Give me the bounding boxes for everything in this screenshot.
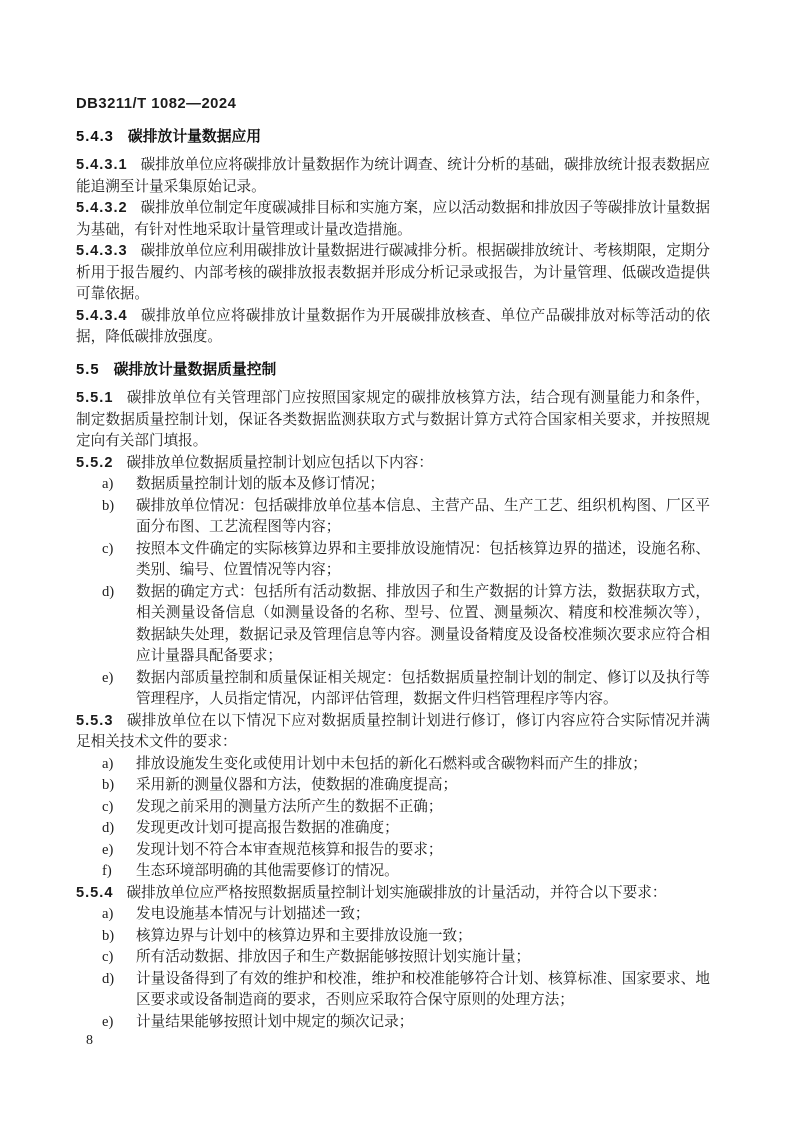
list-item-letter: e) — [102, 1012, 136, 1034]
list-item: a)排放设施发生变化或使用计划中未包括的新化石燃料或含碳物料而产生的排放； — [76, 754, 710, 776]
document-body: 5.4.3碳排放计量数据应用5.4.3.1碳排放单位应将碳排放计量数据作为统计调… — [76, 127, 710, 1034]
list-item-letter: b) — [102, 926, 136, 948]
list-item-text: 数据质量控制计划的版本及修订情况； — [136, 474, 710, 496]
document-page: { "meta": { "doc_code": "DB3211/T 1082—2… — [0, 0, 794, 1123]
clause-paragraph: 5.4.3.4碳排放单位应将碳排放计量数据作为开展碳排放核查、单位产品碳排放对标… — [76, 306, 710, 349]
clause-number: 5.4.3.1 — [76, 157, 128, 173]
list-item-letter: a) — [102, 754, 136, 776]
clause-text: 碳排放单位应将碳排放计量数据作为开展碳排放核查、单位产品碳排放对标等活动的依据，… — [76, 308, 710, 346]
list-item-text: 数据内部质量控制和质量保证相关规定：包括数据质量控制计划的制定、修订以及执行等管… — [136, 668, 710, 711]
list-item: e)计量结果能够按照计划中规定的频次记录； — [76, 1012, 710, 1034]
list-item-letter: a) — [102, 474, 136, 496]
list-item-letter: c) — [102, 947, 136, 969]
list-item: b)核算边界与计划中的核算边界和主要排放设施一致； — [76, 926, 710, 948]
section-heading-title: 碳排放计量数据质量控制 — [114, 362, 277, 378]
list-item: c)所有活动数据、排放因子和生产数据能够按照计划实施计量； — [76, 947, 710, 969]
list-item: c)发现之前采用的测量方法所产生的数据不正确； — [76, 797, 710, 819]
list-item-text: 计量结果能够按照计划中规定的频次记录； — [136, 1012, 710, 1034]
list-item-text: 排放设施发生变化或使用计划中未包括的新化石燃料或含碳物料而产生的排放； — [136, 754, 710, 776]
list-item-text: 碳排放单位情况：包括碳排放单位基本信息、主营产品、生产工艺、组织机构图、厂区平面… — [136, 496, 710, 539]
document-code-header: DB3211/T 1082—2024 — [76, 94, 710, 116]
list-item: f)生态环境部明确的其他需要修订的情况。 — [76, 861, 710, 883]
clause-text: 碳排放单位应利用碳排放计量数据进行碳减排分析。根据碳排放统计、考核期限，定期分析… — [76, 243, 710, 302]
list-item: b)碳排放单位情况：包括碳排放单位基本信息、主营产品、生产工艺、组织机构图、厂区… — [76, 496, 710, 539]
section-heading-number: 5.5 — [76, 362, 100, 378]
list-item-text: 发电设施基本情况与计划描述一致； — [136, 904, 710, 926]
list-item-text: 按照本文件确定的实际核算边界和主要排放设施情况：包括核算边界的描述，设施名称、类… — [136, 539, 710, 582]
list-item: d)计量设备得到了有效的维护和校准，维护和校准能够符合计划、核算标准、国家要求、… — [76, 969, 710, 1012]
clause-number: 5.5.2 — [76, 455, 113, 471]
list-item-letter: e) — [102, 840, 136, 862]
clause-paragraph: 5.4.3.2碳排放单位制定年度碳减排目标和实施方案，应以活动数据和排放因子等碳… — [76, 198, 710, 241]
page-number: 8 — [86, 1030, 93, 1052]
clause-number: 5.5.4 — [76, 885, 113, 901]
list-item-text: 发现更改计划可提高报告数据的准确度； — [136, 818, 710, 840]
list-item: a)数据质量控制计划的版本及修订情况； — [76, 474, 710, 496]
clause-text: 碳排放单位数据质量控制计划应包括以下内容： — [126, 455, 432, 471]
clause-text: 碳排放单位制定年度碳减排目标和实施方案，应以活动数据和排放因子等碳排放计量数据为… — [76, 200, 710, 238]
list-item-letter: d) — [102, 582, 136, 668]
list-item-text: 采用新的测量仪器和方法，使数据的准确度提高； — [136, 775, 710, 797]
list-item-letter: b) — [102, 496, 136, 539]
clause-paragraph: 5.4.3.3碳排放单位应利用碳排放计量数据进行碳减排分析。根据碳排放统计、考核… — [76, 241, 710, 306]
clause-text: 碳排放单位应将碳排放计量数据作为统计调查、统计分析的基础，碳排放统计报表数据应能… — [76, 157, 710, 195]
clause-number: 5.5.1 — [76, 390, 113, 406]
clause-paragraph: 5.5.3碳排放单位在以下情况下应对数据质量控制计划进行修订，修订内容应符合实际… — [76, 711, 710, 754]
clause-paragraph: 5.4.3.1碳排放单位应将碳排放计量数据作为统计调查、统计分析的基础，碳排放统… — [76, 155, 710, 198]
clause-number: 5.4.3.2 — [76, 200, 128, 216]
list-item-text: 生态环境部明确的其他需要修订的情况。 — [136, 861, 710, 883]
clause-text: 碳排放单位有关管理部门应按照国家规定的碳排放核算方法，结合现有测量能力和条件，制… — [76, 390, 710, 449]
list-item: a)发电设施基本情况与计划描述一致； — [76, 904, 710, 926]
list-item-text: 所有活动数据、排放因子和生产数据能够按照计划实施计量； — [136, 947, 710, 969]
list-item-letter: e) — [102, 668, 136, 711]
clause-number: 5.4.3.4 — [76, 308, 128, 324]
list-item-text: 发现之前采用的测量方法所产生的数据不正确； — [136, 797, 710, 819]
clause-paragraph: 5.5.1碳排放单位有关管理部门应按照国家规定的碳排放核算方法，结合现有测量能力… — [76, 388, 710, 453]
list-item-letter: c) — [102, 797, 136, 819]
clause-number: 5.5.3 — [76, 713, 113, 729]
list-item-letter: c) — [102, 539, 136, 582]
list-item-letter: f) — [102, 861, 136, 883]
section-heading: 5.4.3碳排放计量数据应用 — [76, 127, 710, 149]
list-item-letter: a) — [102, 904, 136, 926]
clause-paragraph: 5.5.2碳排放单位数据质量控制计划应包括以下内容： — [76, 453, 710, 475]
list-item: d)发现更改计划可提高报告数据的准确度； — [76, 818, 710, 840]
clause-number: 5.4.3.3 — [76, 243, 128, 259]
section-heading-number: 5.4.3 — [76, 129, 114, 145]
clause-paragraph: 5.5.4碳排放单位应严格按照数据质量控制计划实施碳排放的计量活动，并符合以下要… — [76, 883, 710, 905]
list-item-text: 计量设备得到了有效的维护和校准，维护和校准能够符合计划、核算标准、国家要求、地区… — [136, 969, 710, 1012]
list-item-text: 核算边界与计划中的核算边界和主要排放设施一致； — [136, 926, 710, 948]
clause-text: 碳排放单位在以下情况下应对数据质量控制计划进行修订，修订内容应符合实际情况并满足… — [76, 713, 710, 751]
list-item: c)按照本文件确定的实际核算边界和主要排放设施情况：包括核算边界的描述，设施名称… — [76, 539, 710, 582]
page-body: DB3211/T 1082—2024 5.4.3碳排放计量数据应用5.4.3.1… — [0, 0, 794, 1033]
list-item-letter: b) — [102, 775, 136, 797]
list-item-text: 发现计划不符合本审查规范核算和报告的要求； — [136, 840, 710, 862]
list-item: e)数据内部质量控制和质量保证相关规定：包括数据质量控制计划的制定、修订以及执行… — [76, 668, 710, 711]
list-item-letter: d) — [102, 969, 136, 1012]
list-item-text: 数据的确定方式：包括所有活动数据、排放因子和生产数据的计算方法，数据获取方式，相… — [136, 582, 710, 668]
list-item-letter: d) — [102, 818, 136, 840]
clause-text: 碳排放单位应严格按照数据质量控制计划实施碳排放的计量活动，并符合以下要求： — [126, 885, 666, 901]
list-item: b)采用新的测量仪器和方法，使数据的准确度提高； — [76, 775, 710, 797]
list-item: e)发现计划不符合本审查规范核算和报告的要求； — [76, 840, 710, 862]
section-heading: 5.5碳排放计量数据质量控制 — [76, 360, 710, 382]
list-item: d)数据的确定方式：包括所有活动数据、排放因子和生产数据的计算方法，数据获取方式… — [76, 582, 710, 668]
section-heading-title: 碳排放计量数据应用 — [128, 129, 261, 145]
